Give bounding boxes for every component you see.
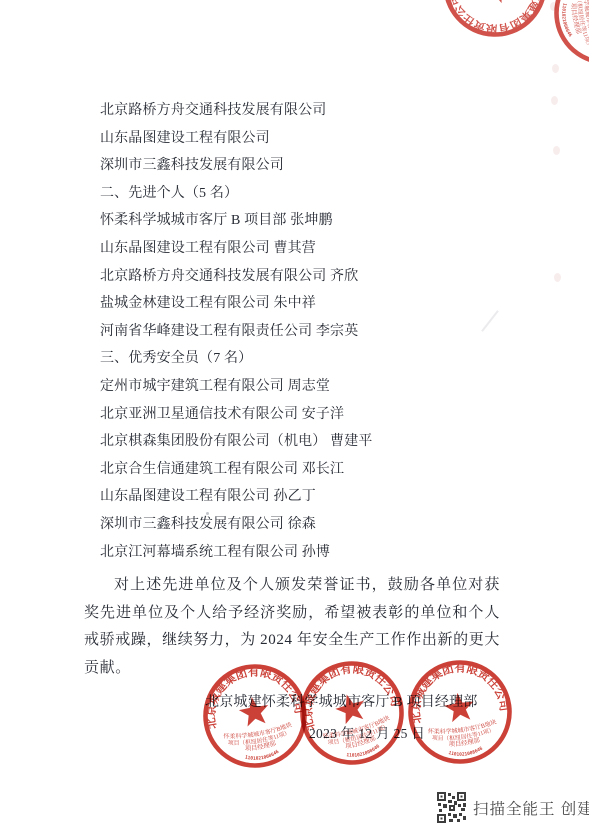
camscanner-watermark: 扫描全能王 创建 [437,792,589,823]
camscanner-label: 扫描全能王 创建 [473,797,589,819]
safety-officer-line: 北京江河幕墙系统工程有限公司 孙博 [100,539,549,567]
scan-smudge [550,2,557,11]
scan-smudge [553,146,560,155]
scanned-document-page: 北京路桥方舟交通科技发展有限公司 山东晶图建设工程有限公司 深圳市三鑫科技发展有… [0,0,589,834]
advanced-unit-line: 北京路桥方舟交通科技发展有限公司 [100,97,549,125]
svg-text:怀柔科学城城市客厅B地块: 怀柔科学城城市客厅B地块 [222,720,294,744]
qr-code-icon [437,792,466,823]
advanced-individual-line: 怀柔科学城城市客厅 B 项目部 张坤鹏 [100,207,549,235]
safety-officer-line: 深圳市三鑫科技发展有限公司 徐森 [100,511,549,539]
date-line: 2023 年 12 月 25 日 [309,722,425,742]
svg-text:1101021008646: 1101021008646 [558,1,574,39]
section-2-heading: 二、先进个人（5 名） [100,180,549,208]
safety-officer-line: 北京亚洲卫星通信技术有限公司 安子洋 [100,401,549,429]
svg-text:项目经理部: 项目经理部 [568,1,584,35]
svg-text:怀柔科学城城市客厅B地块: 怀柔科学城城市客厅B地块 [426,717,498,739]
svg-text:项目经理部: 项目经理部 [447,735,481,750]
section-3-heading: 三、优秀安全员（7 名） [100,345,549,373]
svg-text:1101021008646: 1101021008646 [243,748,281,764]
svg-text:项目（枢纽居住等11项）: 项目（枢纽居住等11项） [226,728,291,751]
svg-text:1101021008646: 1101021008646 [344,743,382,762]
advanced-individual-line: 山东晶图建设工程有限公司 曹其营 [100,235,549,263]
scan-smudge [554,273,561,282]
document-body: 北京路桥方舟交通科技发展有限公司 山东晶图建设工程有限公司 深圳市三鑫科技发展有… [100,97,549,566]
safety-officer-line: 北京棋森集团股份有限公司（机电） 曹建平 [100,428,549,456]
advanced-individual-line: 河南省华峰建设工程有限责任公司 李宗英 [100,318,549,346]
advanced-unit-line: 山东晶图建设工程有限公司 [100,125,549,153]
svg-text:怀柔科学城城市客厅B地块: 怀柔科学城城市客厅B地块 [578,0,589,52]
closing-paragraph: 对上述先进单位及个人颁发荣誉证书，鼓励各单位对获奖先进单位及个人给予经济奖励，希… [84,572,500,683]
advanced-individual-line: 北京路桥方舟交通科技发展有限公司 齐欣 [100,263,549,291]
svg-text:项目（枢纽居住等11项）: 项目（枢纽居住等11项） [572,0,589,50]
advanced-individual-line: 盐城金林建设工程有限公司 朱中祥 [100,290,549,318]
advanced-unit-line: 深圳市三鑫科技发展有限公司 [100,152,549,180]
scan-smudge [551,96,558,105]
corner-seal-icon: 北京城建集团有限责任公司怀柔科学城城市客厅B地块项目（枢纽居住等11项）项目经理… [542,0,589,77]
safety-officer-line: 定州市城宇建筑工程有限公司 周志堂 [100,373,549,401]
signature-line: 北京城建怀柔科学城城市客厅 B 项目经理部 [205,691,478,711]
svg-text:北京城建集团有限责任公司: 北京城建集团有限责任公司 [445,0,561,51]
svg-text:项目经理部: 项目经理部 [243,738,277,754]
svg-text:1101021008646: 1101021008646 [447,745,485,760]
scan-smudge [552,64,559,73]
safety-officer-line: 山东晶图建设工程有限公司 孙乙丁 [100,483,549,511]
svg-text:项目（枢纽居住等11项）: 项目（枢纽居住等11项） [431,725,496,745]
corner-seal-icon: 北京城建集团有限责任公司怀柔科学城城市客厅B地块项目（枢纽居住等11项）项目经理… [425,0,566,55]
safety-officer-line: 北京合生信通建筑工程有限公司 邓长江 [100,456,549,484]
